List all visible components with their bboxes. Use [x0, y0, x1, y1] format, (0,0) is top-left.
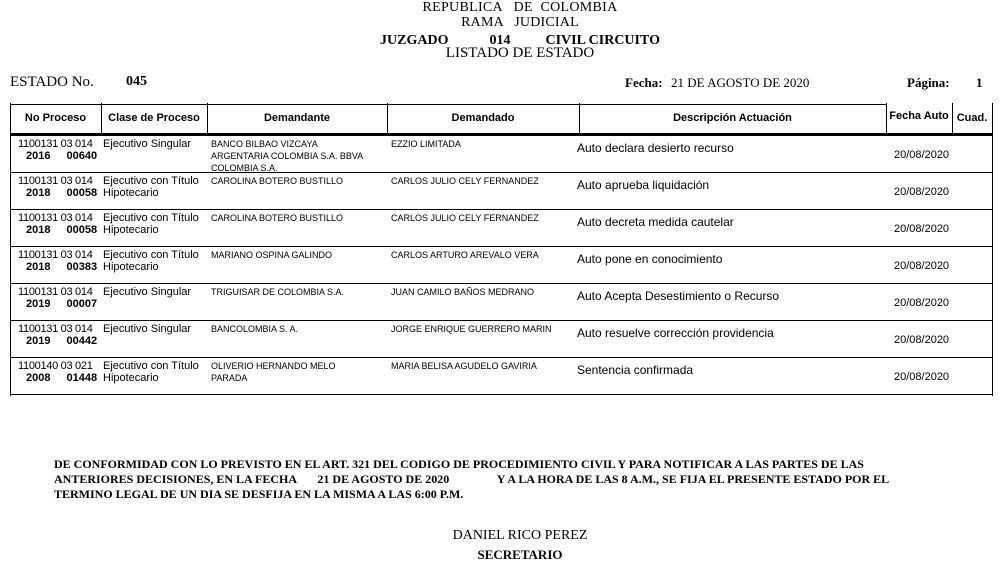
clase-line: Ejecutivo Singular: [103, 138, 191, 150]
proceso-code: 1100131 03 014: [18, 138, 97, 150]
cell-demandado: CARLOS JULIO CELY FERNANDEZ: [391, 212, 539, 224]
legal-notice: DE CONFORMIDAD CON LO PREVISTO EN EL ART…: [54, 457, 954, 502]
proceso-number: 00442: [66, 335, 97, 347]
table-row: 1100131 03 014201900007Ejecutivo Singula…: [10, 284, 993, 321]
cell-clase: Ejecutivo Singular: [103, 286, 191, 298]
cell-demandante: BANCO BILBAO VIZCAYAARGENTARIA COLOMBIA …: [211, 138, 363, 174]
cell-descripcion: Auto aprueba liquidación: [577, 179, 709, 191]
cell-no-proceso: 1100131 03 014201800058: [18, 175, 97, 199]
legal-line: ANTERIORES DECISIONES, EN LA FECHA 21 DE…: [54, 472, 954, 487]
demandante-line: BANCO BILBAO VIZCAYA: [211, 138, 363, 150]
proceso-number: 00058: [66, 187, 97, 199]
estado-label: ESTADO No.: [10, 74, 94, 91]
legal-line: TERMINO LEGAL DE UN DIA SE DESFIJA EN LA…: [54, 487, 954, 502]
cell-fecha-auto: 20/08/2020: [894, 297, 949, 309]
signatory-role: SECRETARIO: [0, 547, 1002, 563]
proceso-code: 1100140 03 021: [18, 360, 97, 372]
cell-clase: Ejecutivo con TítuloHipotecario: [103, 360, 199, 384]
cell-demandado: JUAN CAMILO BAÑOS MEDRANO: [391, 286, 534, 298]
cell-fecha-auto: 20/08/2020: [894, 334, 949, 346]
cell-descripcion: Auto pone en conocimiento: [577, 253, 722, 265]
cell-demandado: JORGE ENRIQUE GUERRERO MARIN: [391, 323, 552, 335]
cell-clase: Ejecutivo Singular: [103, 323, 191, 335]
table-row: 1100131 03 014201900442Ejecutivo Singula…: [10, 321, 993, 358]
signatory-name: DANIEL RICO PEREZ: [0, 528, 1002, 544]
cell-descripcion: Auto resuelve corrección providencia: [577, 327, 774, 339]
col-header-cuad: Cuad.: [952, 103, 992, 133]
proceso-year: 2018: [26, 261, 50, 273]
cell-demandado: CARLOS JULIO CELY FERNANDEZ: [391, 175, 539, 187]
proceso-year-number: 201900442: [18, 335, 97, 347]
cell-descripcion: Sentencia confirmada: [577, 364, 693, 376]
demandante-line: TRIGUISAR DE COLOMBIA S.A.: [211, 286, 344, 298]
clase-line: Ejecutivo con Título: [103, 212, 199, 224]
demandante-line: ARGENTARIA COLOMBIA S.A. BBVA: [211, 150, 363, 162]
proceso-year: 2018: [26, 224, 50, 236]
demandante-line: CAROLINA BOTERO BUSTILLO: [211, 175, 343, 187]
cell-no-proceso: 1100131 03 014201600640: [18, 138, 97, 162]
col-header-clase: Clase de Proceso: [101, 103, 207, 133]
proceso-year: 2019: [26, 298, 50, 310]
proceso-number: 00383: [66, 261, 97, 273]
cell-fecha-auto: 20/08/2020: [894, 149, 949, 161]
cell-demandante: BANCOLOMBIA S. A.: [211, 323, 298, 335]
col-header-descripcion: Descripción Actuación: [579, 103, 886, 133]
clase-line: Hipotecario: [103, 261, 199, 273]
demandante-line: PARADA: [211, 372, 336, 384]
proceso-year-number: 201800058: [18, 187, 97, 199]
proceso-year-number: 201800058: [18, 224, 97, 236]
proceso-code: 1100131 03 014: [18, 249, 97, 261]
cell-demandado: EZZIO LIMITADA: [391, 138, 461, 150]
cell-no-proceso: 1100131 03 014201800058: [18, 212, 97, 236]
cell-fecha-auto: 20/08/2020: [894, 223, 949, 235]
fecha-label: Fecha:: [625, 75, 663, 91]
cell-descripcion: Auto decreta medida cautelar: [577, 216, 734, 228]
clase-line: Ejecutivo con Título: [103, 360, 199, 372]
cell-demandante: CAROLINA BOTERO BUSTILLO: [211, 212, 343, 224]
table-row: 1100131 03 014201800058Ejecutivo con Tít…: [10, 210, 993, 247]
col-header-demandante: Demandante: [207, 103, 387, 133]
table-row: 1100140 03 021200801448Ejecutivo con Tít…: [10, 358, 993, 395]
proceso-code: 1100131 03 014: [18, 212, 97, 224]
cell-no-proceso: 1100131 03 014201900007: [18, 286, 97, 310]
clase-line: Ejecutivo Singular: [103, 323, 191, 335]
proceso-code: 1100131 03 014: [18, 286, 97, 298]
estado-number: 045: [126, 74, 147, 90]
proceso-number: 00007: [66, 298, 97, 310]
listing-title: LISTADO DE ESTADO: [0, 45, 1002, 62]
cell-clase: Ejecutivo con TítuloHipotecario: [103, 212, 199, 236]
proceso-year: 2008: [26, 372, 50, 384]
cell-descripcion: Auto Acepta Desestimiento o Recurso: [577, 290, 779, 302]
demandante-line: BANCOLOMBIA S. A.: [211, 323, 298, 335]
proceso-number: 01448: [66, 372, 97, 384]
cell-demandante: TRIGUISAR DE COLOMBIA S.A.: [211, 286, 344, 298]
proceso-year: 2018: [26, 187, 50, 199]
cell-fecha-auto: 20/08/2020: [894, 371, 949, 383]
proceso-year-number: 201900007: [18, 298, 97, 310]
demandante-line: CAROLINA BOTERO BUSTILLO: [211, 212, 343, 224]
proceso-number: 00640: [66, 150, 97, 162]
col-header-fecha-auto: Fecha Auto: [888, 100, 950, 133]
table-row: 1100131 03 014201800058Ejecutivo con Tít…: [10, 173, 993, 210]
clase-line: Ejecutivo con Título: [103, 249, 199, 261]
header-country: REPUBLICA DE COLOMBIA: [0, 0, 1002, 16]
cell-demandado: MARIA BELISA AGUDELO GAVIRIA: [391, 360, 537, 372]
legal-line: DE CONFORMIDAD CON LO PREVISTO EN EL ART…: [54, 457, 954, 472]
proceso-year: 2019: [26, 335, 50, 347]
cell-clase: Ejecutivo Singular: [103, 138, 191, 150]
col-header-no-proceso: No Proceso: [10, 103, 101, 133]
cell-demandante: OLIVERIO HERNANDO MELOPARADA: [211, 360, 336, 384]
proceso-code: 1100131 03 014: [18, 323, 97, 335]
cell-clase: Ejecutivo con TítuloHipotecario: [103, 249, 199, 273]
cell-no-proceso: 1100140 03 021200801448: [18, 360, 97, 384]
col-header-demandado: Demandado: [387, 103, 579, 133]
proceso-year-number: 201800383: [18, 261, 97, 273]
cell-no-proceso: 1100131 03 014201800383: [18, 249, 97, 273]
row-divider: [10, 394, 993, 395]
demandante-line: OLIVERIO HERNANDO MELO: [211, 360, 336, 372]
cell-no-proceso: 1100131 03 014201900442: [18, 323, 97, 347]
cell-fecha-auto: 20/08/2020: [894, 260, 949, 272]
clase-line: Hipotecario: [103, 372, 199, 384]
clase-line: Ejecutivo Singular: [103, 286, 191, 298]
table-row: 1100131 03 014201800383Ejecutivo con Tít…: [10, 247, 993, 284]
cell-demandante: CAROLINA BOTERO BUSTILLO: [211, 175, 343, 187]
cell-demandado: CARLOS ARTURO AREVALO VERA: [391, 249, 539, 261]
proceso-year: 2016: [26, 150, 50, 162]
col-divider: [886, 103, 887, 133]
clase-line: Hipotecario: [103, 224, 199, 236]
clase-line: Ejecutivo con Título: [103, 175, 199, 187]
cell-demandante: MARIANO OSPINA GALINDO: [211, 249, 332, 261]
header-branch: RAMA JUDICIAL: [0, 15, 1002, 31]
proceso-year-number: 200801448: [18, 372, 97, 384]
fecha-value: 21 DE AGOSTO DE 2020: [671, 75, 809, 91]
cell-fecha-auto: 20/08/2020: [894, 186, 949, 198]
demandante-line: MARIANO OSPINA GALINDO: [211, 249, 332, 261]
clase-line: Hipotecario: [103, 187, 199, 199]
proceso-code: 1100131 03 014: [18, 175, 97, 187]
pagina-value: 1: [976, 75, 983, 91]
pagina-label: Página:: [907, 75, 950, 91]
proceso-year-number: 201600640: [18, 150, 97, 162]
proceso-number: 00058: [66, 224, 97, 236]
cell-descripcion: Auto declara desierto recurso: [577, 142, 734, 154]
table-row: 1100131 03 014201600640Ejecutivo Singula…: [10, 136, 993, 173]
cell-clase: Ejecutivo con TítuloHipotecario: [103, 175, 199, 199]
